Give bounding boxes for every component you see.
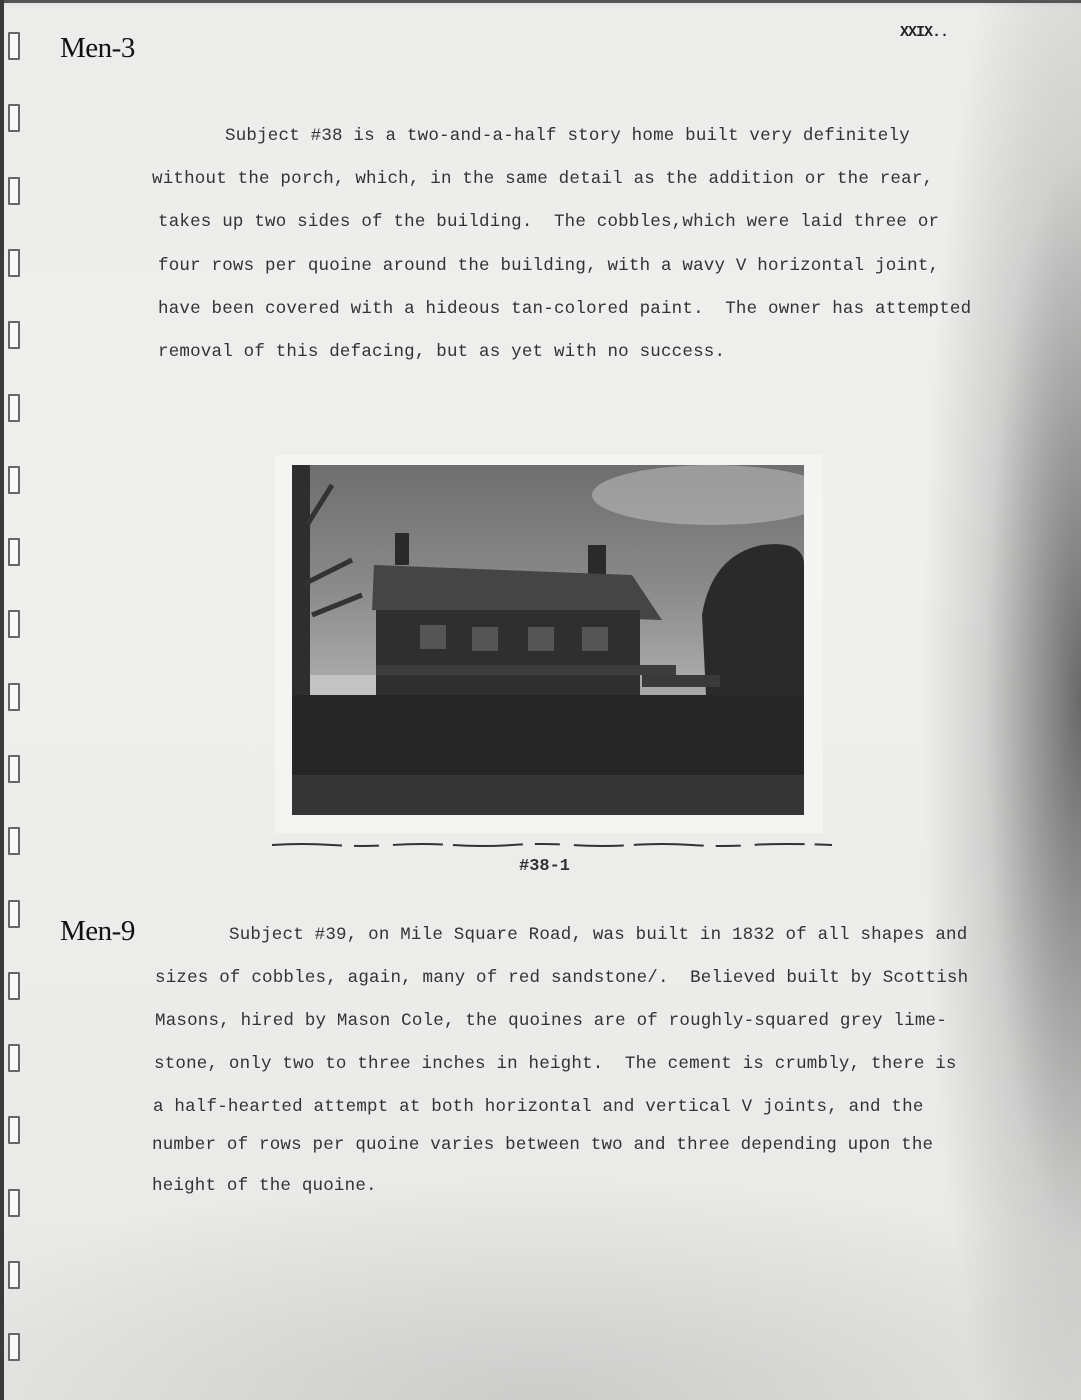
binder-hole — [8, 1261, 20, 1289]
text-line: Masons, hired by Mason Cole, the quoines… — [155, 1011, 947, 1031]
binder-hole — [8, 1333, 20, 1361]
text-line: takes up two sides of the building. The … — [158, 212, 939, 232]
binder-hole — [8, 249, 20, 277]
text-line: number of rows per quoine varies between… — [152, 1135, 933, 1155]
caption-divider — [272, 842, 847, 848]
page-number: XXIX.. — [900, 24, 948, 41]
text-line: Subject #38 is a two-and-a-half story ho… — [225, 126, 910, 146]
text-line: four rows per quoine around the building… — [158, 256, 939, 276]
text-line: removal of this defacing, but as yet wit… — [158, 342, 725, 362]
text-line: have been covered with a hideous tan-col… — [158, 299, 971, 319]
binder-holes — [5, 0, 25, 1400]
binder-hole — [8, 1044, 20, 1072]
text-line: Subject #39, on Mile Square Road, was bu… — [229, 925, 967, 945]
binder-hole — [8, 972, 20, 1000]
binder-hole — [8, 466, 20, 494]
section-tag-men-9: Men-9 — [60, 915, 135, 948]
binder-hole — [8, 683, 20, 711]
text-line: sizes of cobbles, again, many of red san… — [155, 968, 968, 988]
photo-caption: #38-1 — [519, 857, 570, 876]
text-line: a half-hearted attempt at both horizonta… — [153, 1097, 924, 1117]
text-line: height of the quoine. — [152, 1176, 377, 1196]
binder-hole — [8, 1189, 20, 1217]
binder-hole — [8, 177, 20, 205]
house-photo-illustration — [292, 465, 804, 815]
binder-hole — [8, 538, 20, 566]
binder-hole — [8, 104, 20, 132]
binder-hole — [8, 321, 20, 349]
section-tag-men-3: Men-3 — [60, 32, 135, 65]
binder-hole — [8, 755, 20, 783]
page-left-edge — [0, 0, 4, 1400]
binder-hole — [8, 1116, 20, 1144]
binder-hole — [8, 900, 20, 928]
document-page: Men-3 XXIX.. Subject #38 is a two-and-a-… — [0, 0, 1081, 1400]
binder-hole — [8, 394, 20, 422]
text-line: stone, only two to three inches in heigh… — [154, 1054, 957, 1074]
binder-hole — [8, 827, 20, 855]
binder-hole — [8, 610, 20, 638]
house-photo — [292, 465, 804, 815]
binder-hole — [8, 32, 20, 60]
text-line: without the porch, which, in the same de… — [152, 169, 933, 189]
page-top-edge — [0, 0, 1081, 3]
